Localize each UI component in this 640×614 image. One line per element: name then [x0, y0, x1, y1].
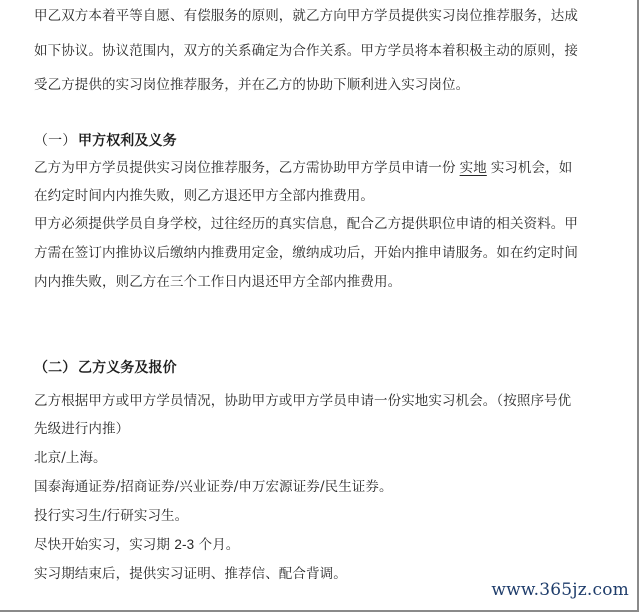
section-1-para-1-line-1: 乙方为甲方学员提供实习岗位推荐服务，乙方需协助甲方学员申请一份实地实习机会，如 — [34, 160, 572, 176]
text-segment: 尽快开始实习，实习期 — [34, 537, 174, 553]
underlined-field-location: 实地 — [456, 160, 491, 176]
section-2-number: （二） — [34, 360, 78, 376]
section-2-para-line-2: 先级进行内推） — [34, 421, 129, 437]
section-1-title: 甲方权利及义务 — [78, 133, 177, 149]
item-firms: 国泰海通证券/招商证券/兴业证券/申万宏源证券/民生证券。 — [34, 479, 393, 495]
section-2-title: 乙方义务及报价 — [78, 360, 177, 376]
text-segment: 乙方为甲方学员提供实习岗位推荐服务，乙方需协助甲方学员申请一份 — [34, 160, 456, 176]
section-1-heading: （一）甲方权利及义务 — [34, 133, 177, 149]
item-positions: 投行实习生/行研实习生。 — [34, 508, 188, 524]
watermark-text: www.365jz.com — [491, 580, 629, 600]
section-1-para-1-line-2: 在约定时间内内推失败，则乙方退还甲方全部内推费用。 — [34, 188, 374, 204]
section-1-number: （一） — [34, 133, 78, 149]
intro-line-3: 受乙方提供的实习岗位推荐服务，并在乙方的协助下顺利进入实习岗位。 — [34, 77, 469, 93]
duration-value: 2-3 — [174, 537, 194, 552]
item-post-internship: 实习期结束后，提供实习证明、推荐信、配合背调。 — [34, 566, 347, 582]
text-segment: 个月。 — [194, 537, 239, 553]
section-2-para-line-1: 乙方根据甲方或甲方学员情况，协助甲方或甲方学员申请一份实地实习机会。（按照序号优 — [34, 393, 571, 409]
section-1-para-2-line-1: 甲方必须提供学员自身学校，过往经历的真实信息，配合乙方提供职位申请的相关资料。甲 — [34, 216, 578, 232]
intro-line-1: 甲乙双方本着平等自愿、有偿服务的原则，就乙方向甲方学员提供实习岗位推荐服务，达成 — [34, 8, 578, 24]
intro-line-2: 如下协议。协议范围内，双方的关系确定为合作关系。甲方学员将本着积极主动的原则，接 — [34, 43, 578, 59]
text-segment: 实习机会，如 — [491, 160, 573, 176]
section-2-heading: （二）乙方义务及报价 — [34, 360, 177, 376]
item-duration: 尽快开始实习，实习期 2-3 个月。 — [34, 537, 239, 553]
item-city: 北京/上海。 — [34, 450, 107, 466]
section-1-para-2-line-2: 方需在签订内推协议后缴纳内推费用定金，缴纳成功后，开始内推申请服务。如在约定时间 — [34, 245, 578, 261]
section-1-para-2-line-3: 内内推失败，则乙方在三个工作日内退还甲方全部内推费用。 — [34, 274, 401, 290]
document-page: 甲乙双方本着平等自愿、有偿服务的原则，就乙方向甲方学员提供实习岗位推荐服务，达成… — [0, 0, 639, 612]
